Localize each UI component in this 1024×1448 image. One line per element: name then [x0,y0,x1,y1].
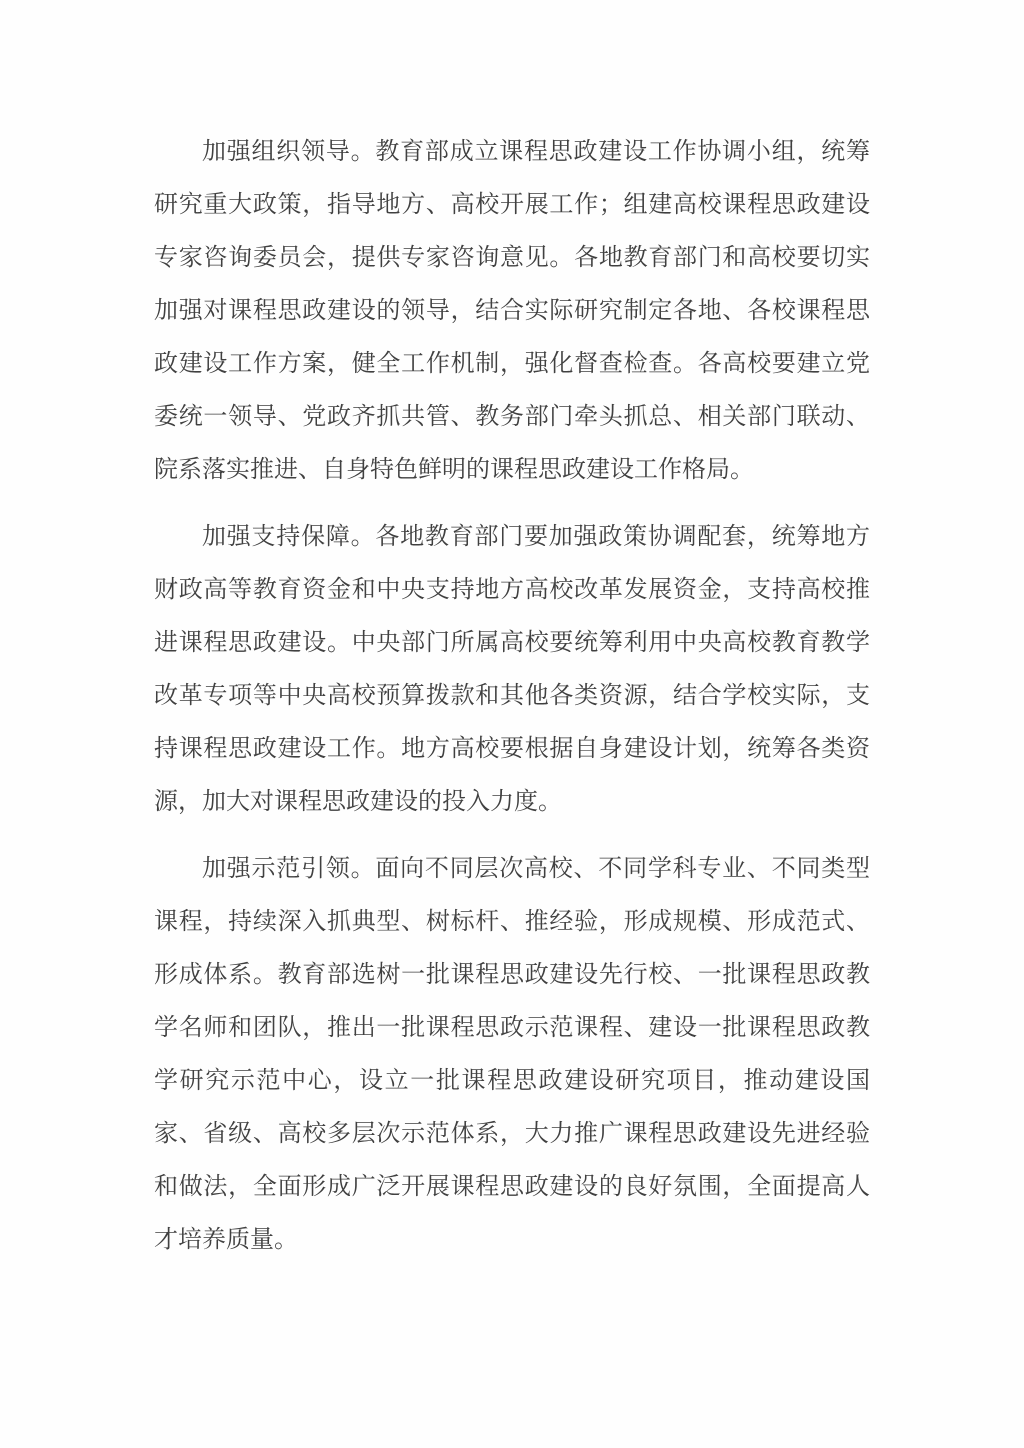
document-page-background: { "page": { "background_color": "#fefefe… [0,0,1024,1448]
document-text-body: 加强组织领导。教育部成立课程思政建设工作协调小组，统筹研究重大政策，指导地方、高… [154,125,870,1266]
paragraph-demonstration-guidance: 加强示范引领。面向不同层次高校、不同学科专业、不同类型课程，持续深入抓典型、树标… [154,842,870,1266]
paragraph-organizational-leadership: 加强组织领导。教育部成立课程思政建设工作协调小组，统筹研究重大政策，指导地方、高… [154,125,870,496]
paragraph-support-guarantee: 加强支持保障。各地教育部门要加强政策协调配套，统筹地方财政高等教育资金和中央支持… [154,510,870,828]
document-page: 加强组织领导。教育部成立课程思政建设工作协调小组，统筹研究重大政策，指导地方、高… [0,0,1024,1448]
